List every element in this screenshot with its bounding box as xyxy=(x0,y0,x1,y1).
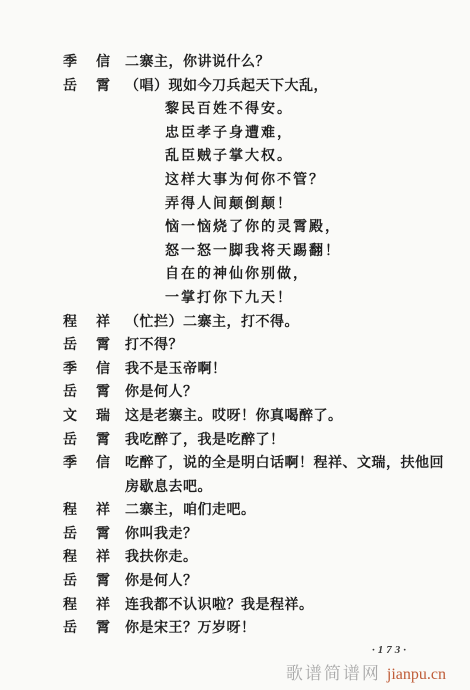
speaker-name-char: 霄 xyxy=(96,334,110,358)
line-text: 吃醉了，说的全是明白话啊！程祥、文瑞，扶他回 xyxy=(125,452,444,476)
line-text: 你是何人？ xyxy=(125,570,198,594)
line-text: 弄得人间颠倒颠！ xyxy=(165,193,293,217)
speaker-name-char: 岳 xyxy=(63,334,77,358)
speaker-name-char: 霄 xyxy=(96,523,110,547)
line-text: （忙拦）二寨主，打不得。 xyxy=(125,311,299,335)
line-text: 连我都不认识啦？我是程祥。 xyxy=(125,594,314,618)
speaker-name-char: 季 xyxy=(63,452,77,476)
script-line: 程祥 （忙拦）二寨主，打不得。 xyxy=(60,311,460,335)
script-line: 程祥 连我都不认识啦？我是程祥。 xyxy=(60,594,460,618)
script-line: 自在的神仙你别做， xyxy=(60,263,460,287)
script-line: 程祥 我扶你走。 xyxy=(60,546,460,570)
script-line: 岳霄 你是宋王？万岁呀！ xyxy=(60,617,460,641)
script-line: 程祥 二寨主，咱们走吧。 xyxy=(60,499,460,523)
line-text: 我扶你走。 xyxy=(125,546,198,570)
book-page: 季信 二寨主，你讲说什么？ 岳霄 （唱）现如今刀兵起天下大乱， 黎民百姓不得安。… xyxy=(0,0,470,690)
line-text: 你叫我走？ xyxy=(125,523,198,547)
speaker-name: 岳霄 xyxy=(63,570,110,594)
speaker-name-char: 季 xyxy=(63,358,77,382)
script-line: 岳霄 打不得？ xyxy=(60,334,460,358)
speaker-name-char: 瑞 xyxy=(96,405,110,429)
speaker-name-char: 祥 xyxy=(96,311,110,335)
script-line: 忠臣孝子身遭难， xyxy=(60,122,460,146)
speaker-name: 程祥 xyxy=(63,546,110,570)
script-line: 季信 吃醉了，说的全是明白话啊！程祥、文瑞，扶他回 xyxy=(60,452,460,476)
speaker-name-char: 信 xyxy=(96,452,110,476)
speaker-name-char: 程 xyxy=(63,499,77,523)
speaker-name: 岳霄 xyxy=(63,75,110,99)
speaker-name-char: 岳 xyxy=(63,381,77,405)
speaker-name: 程祥 xyxy=(63,499,110,523)
speaker-name: 岳霄 xyxy=(63,523,110,547)
speaker-name-char: 岳 xyxy=(63,570,77,594)
page-number: ·173· xyxy=(372,644,409,656)
script-line: 黎民百姓不得安。 xyxy=(60,98,460,122)
script-line: 房歇息去吧。 xyxy=(60,476,460,500)
speaker-name-char: 程 xyxy=(63,594,77,618)
speaker-name-char: 信 xyxy=(96,51,110,75)
speaker-name: 程祥 xyxy=(63,594,110,618)
watermark-site-name: 歌谱简谱网 xyxy=(286,664,381,683)
script-line: 这样大事为何你不管？ xyxy=(60,169,460,193)
speaker-name-char: 祥 xyxy=(96,499,110,523)
line-text: 忠臣孝子身遭难， xyxy=(165,122,293,146)
line-text: 我不是玉帝啊！ xyxy=(125,358,227,382)
speaker-name: 岳霄 xyxy=(63,617,110,641)
script-line: 岳霄 你叫我走？ xyxy=(60,523,460,547)
speaker-name-char: 文 xyxy=(63,405,77,429)
speaker-name-char: 岳 xyxy=(63,75,77,99)
speaker-name-char: 信 xyxy=(96,358,110,382)
watermark-url: jianpu.cn xyxy=(387,666,446,683)
line-text: （唱）现如今刀兵起天下大乱， xyxy=(125,75,328,99)
line-text: 我吃醉了，我是吃醉了！ xyxy=(125,429,285,453)
speaker-name-char: 霄 xyxy=(96,570,110,594)
speaker-name-char: 岳 xyxy=(63,429,77,453)
speaker-name: 季信 xyxy=(63,452,110,476)
line-text: 黎民百姓不得安。 xyxy=(165,98,293,122)
speaker-name-char: 岳 xyxy=(63,617,77,641)
speaker-name-char: 祥 xyxy=(96,546,110,570)
line-text: 这是老寨主。哎呀！你真喝醉了。 xyxy=(125,405,343,429)
speaker-name: 岳霄 xyxy=(63,381,110,405)
line-text: 二寨主，咱们走吧。 xyxy=(125,499,256,523)
speaker-name-char: 岳 xyxy=(63,523,77,547)
script-line: 乱臣贼子掌大权。 xyxy=(60,145,460,169)
speaker-name: 季信 xyxy=(63,358,110,382)
script-line: 文瑞 这是老寨主。哎呀！你真喝醉了。 xyxy=(60,405,460,429)
script-line: 季信 我不是玉帝啊！ xyxy=(60,358,460,382)
line-text: 恼一恼烧了你的灵霄殿， xyxy=(165,216,341,240)
line-text: 你是何人？ xyxy=(125,381,198,405)
line-text: 打不得？ xyxy=(125,334,183,358)
script-line: 岳霄 （唱）现如今刀兵起天下大乱， xyxy=(60,75,460,99)
script-lines: 季信 二寨主，你讲说什么？ 岳霄 （唱）现如今刀兵起天下大乱， 黎民百姓不得安。… xyxy=(60,51,460,641)
script-line: 季信 二寨主，你讲说什么？ xyxy=(60,51,460,75)
script-line: 弄得人间颠倒颠！ xyxy=(60,193,460,217)
speaker-name: 程祥 xyxy=(63,311,110,335)
speaker-name: 文瑞 xyxy=(63,405,110,429)
script-line: 恼一恼烧了你的灵霄殿， xyxy=(60,216,460,240)
speaker-name-char: 季 xyxy=(63,51,77,75)
line-text: 自在的神仙你别做， xyxy=(165,263,309,287)
speaker-name-char: 霄 xyxy=(96,617,110,641)
line-text: 二寨主，你讲说什么？ xyxy=(125,51,270,75)
speaker-name: 岳霄 xyxy=(63,429,110,453)
speaker-name-char: 祥 xyxy=(96,594,110,618)
script-line: 岳霄 你是何人？ xyxy=(60,570,460,594)
script-line: 岳霄 你是何人？ xyxy=(60,381,460,405)
line-text: 房歇息去吧。 xyxy=(125,476,212,500)
speaker-name: 岳霄 xyxy=(63,334,110,358)
speaker-name-char: 霄 xyxy=(96,381,110,405)
line-text: 你是宋王？万岁呀！ xyxy=(125,617,256,641)
speaker-name-char: 霄 xyxy=(96,75,110,99)
speaker-name-char: 程 xyxy=(63,311,77,335)
script-line: 岳霄 我吃醉了，我是吃醉了！ xyxy=(60,429,460,453)
line-text: 一掌打你下九天！ xyxy=(165,287,293,311)
watermark: 歌谱简谱网jianpu.cn xyxy=(286,659,446,684)
speaker-name-char: 程 xyxy=(63,546,77,570)
speaker-name: 季信 xyxy=(63,51,110,75)
line-text: 怒一怒一脚我将天踢翻！ xyxy=(165,240,341,264)
script-line: 怒一怒一脚我将天踢翻！ xyxy=(60,240,460,264)
speaker-name-char: 霄 xyxy=(96,429,110,453)
line-text: 这样大事为何你不管？ xyxy=(165,169,325,193)
line-text: 乱臣贼子掌大权。 xyxy=(165,145,293,169)
script-line: 一掌打你下九天！ xyxy=(60,287,460,311)
